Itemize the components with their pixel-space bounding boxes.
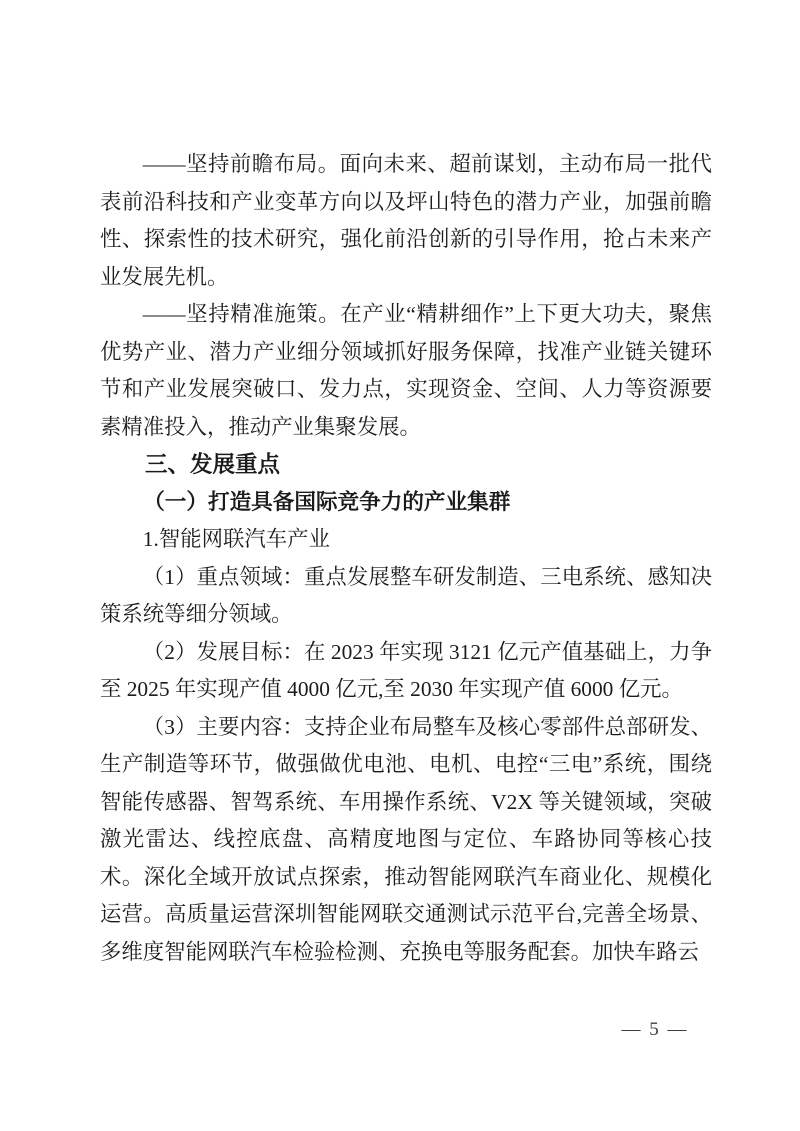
item-heading-icv-industry: 1.智能网联汽车产业	[100, 521, 712, 559]
section-heading-development-focus: 三、发展重点	[100, 446, 712, 484]
document-page: ——坚持前瞻布局。面向未来、超前谋划，主动布局一批代表前沿科技和产业变革方向以及…	[0, 0, 800, 1131]
paragraph-precise-policy: ——坚持精准施策。在产业“精耕细作”上下更大功夫，聚焦优势产业、潜力产业细分领域…	[100, 296, 712, 446]
paragraph-key-areas: （1）重点领域：重点发展整车研发制造、三电系统、感知决策系统等细分领域。	[100, 559, 712, 634]
paragraph-development-goals: （2）发展目标：在 2023 年实现 3121 亿元产值基础上，力争至 2025…	[100, 634, 712, 709]
document-body: ——坚持前瞻布局。面向未来、超前谋划，主动布局一批代表前沿科技和产业变革方向以及…	[100, 146, 712, 971]
page-number: — 5 —	[575, 1018, 735, 1042]
subsection-heading-industry-clusters: （一）打造具备国际竞争力的产业集群	[100, 484, 712, 522]
paragraph-main-content: （3）主要内容：支持企业布局整车及核心零部件总部研发、生产制造等环节，做强做优电…	[100, 709, 712, 972]
paragraph-forward-layout: ——坚持前瞻布局。面向未来、超前谋划，主动布局一批代表前沿科技和产业变革方向以及…	[100, 146, 712, 296]
